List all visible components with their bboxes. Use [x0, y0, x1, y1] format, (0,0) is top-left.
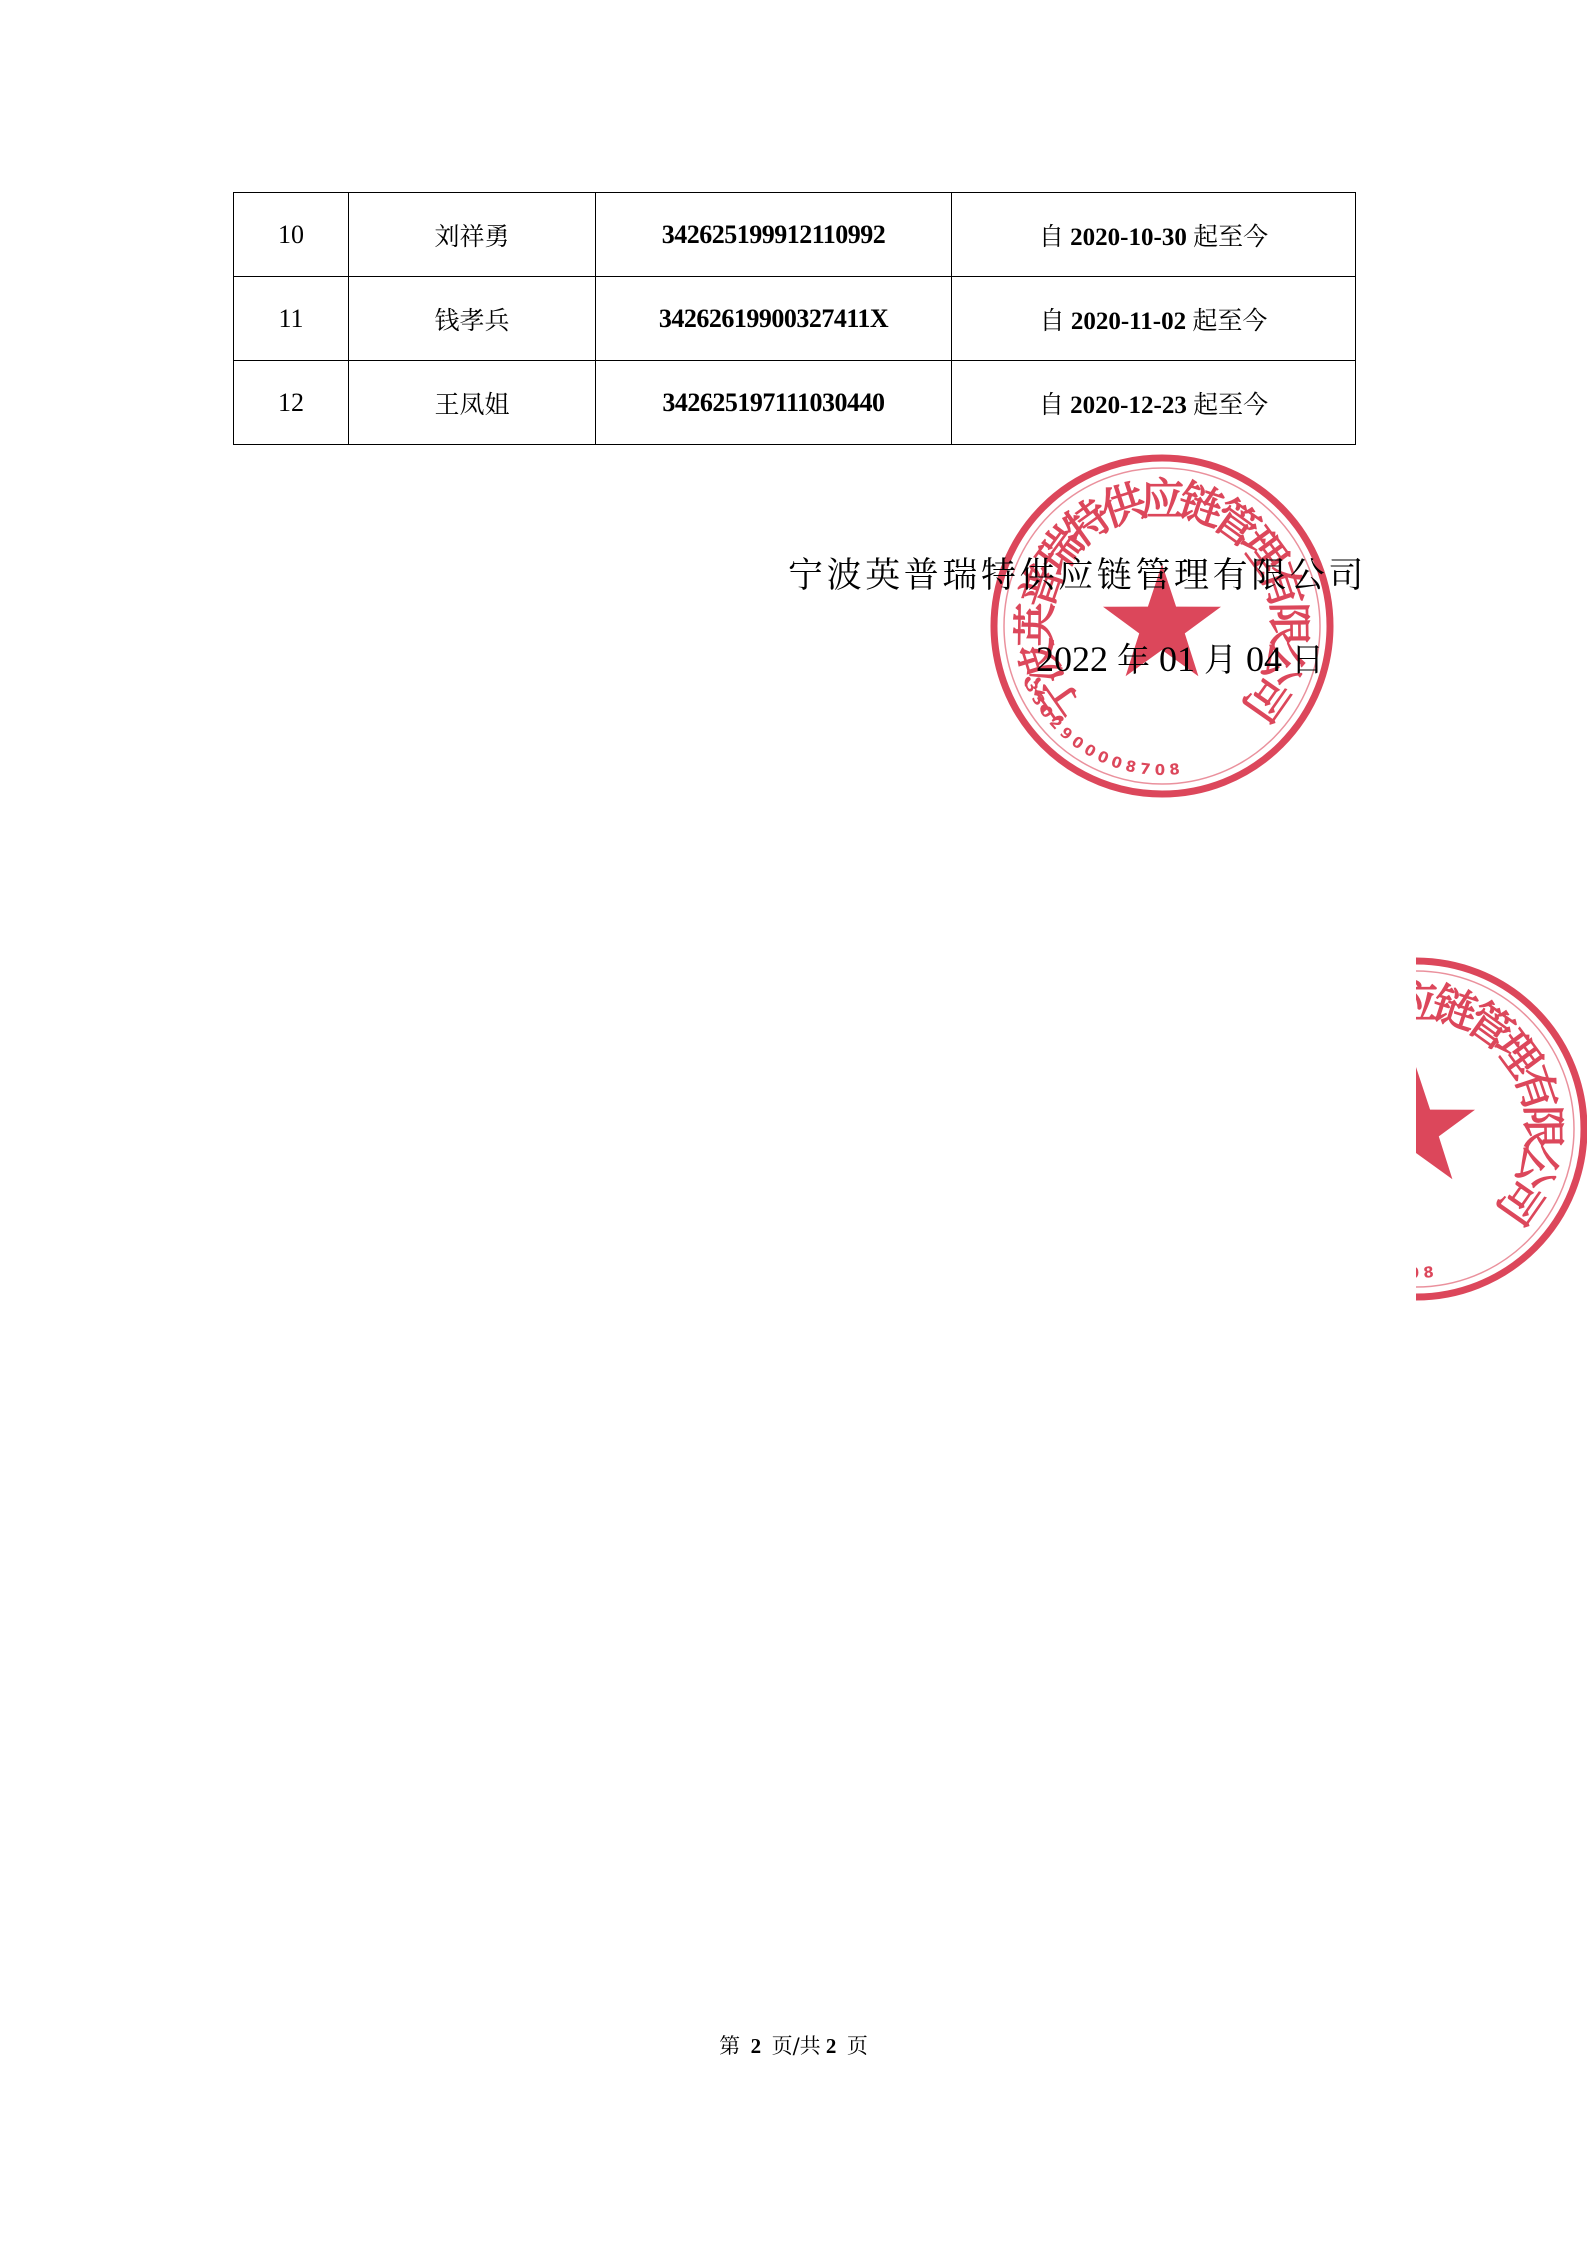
- current-page: 2: [751, 2034, 762, 2058]
- svg-text:0: 0: [1155, 761, 1166, 779]
- paging-seal: 宁波英普瑞特供应链管理有限公司3302900008708: [1416, 955, 1587, 1303]
- date-year-unit: 年: [1117, 640, 1150, 679]
- date-day-unit: 日: [1291, 640, 1324, 679]
- date-month: 01: [1159, 639, 1195, 679]
- total-pages: 2: [826, 2034, 837, 2058]
- row-number: 12: [234, 361, 349, 445]
- table-row: 11钱孝兵34262619900327411X自 2020-11-02 起至今: [234, 277, 1356, 361]
- svg-text:0: 0: [1109, 753, 1125, 773]
- footer-suffix: 页: [847, 2034, 868, 2058]
- date-day: 04: [1246, 639, 1282, 679]
- employee-table: 10刘祥勇342625199912110992自 2020-10-30 起至今1…: [233, 192, 1356, 445]
- footer-prefix: 第: [719, 2034, 740, 2058]
- svg-text:0: 0: [1095, 747, 1112, 768]
- star-icon: [1416, 1067, 1475, 1179]
- svg-text:8: 8: [1124, 757, 1138, 777]
- id-number: 342625197111030440: [596, 361, 952, 445]
- id-number: 34262619900327411X: [596, 277, 952, 361]
- period-suffix: 起至今: [1193, 390, 1268, 419]
- svg-text:0: 0: [1416, 1264, 1419, 1282]
- row-number: 10: [234, 193, 349, 277]
- id-number: 342625199912110992: [596, 193, 952, 277]
- employee-name: 王凤姐: [349, 361, 596, 445]
- svg-text:8: 8: [1423, 1263, 1435, 1282]
- date-month-unit: 月: [1204, 640, 1237, 679]
- svg-text:7: 7: [1139, 759, 1151, 778]
- period-date: 2020-12-23: [1070, 392, 1187, 419]
- page-footer: 第 2 页/共 2 页: [0, 2030, 1587, 2060]
- period-prefix: 自: [1039, 222, 1064, 251]
- period-prefix: 自: [1040, 306, 1065, 335]
- footer-mid: 页/共: [772, 2034, 821, 2058]
- employment-period: 自 2020-11-02 起至今: [952, 277, 1356, 361]
- employment-period: 自 2020-10-30 起至今: [952, 193, 1356, 277]
- table-row: 10刘祥勇342625199912110992自 2020-10-30 起至今: [234, 193, 1356, 277]
- date-year: 2022: [1036, 639, 1108, 679]
- period-suffix: 起至今: [1193, 222, 1268, 251]
- period-suffix: 起至今: [1192, 306, 1267, 335]
- period-date: 2020-11-02: [1071, 308, 1186, 335]
- row-number: 11: [234, 277, 349, 361]
- employee-name: 钱孝兵: [349, 277, 596, 361]
- employee-name: 刘祥勇: [349, 193, 596, 277]
- period-date: 2020-10-30: [1070, 224, 1187, 251]
- employment-period: 自 2020-12-23 起至今: [952, 361, 1356, 445]
- period-prefix: 自: [1039, 390, 1064, 419]
- signature-date: 2022 年 01 月 04 日: [1036, 634, 1324, 681]
- table-row: 12王凤姐342625197111030440自 2020-12-23 起至今: [234, 361, 1356, 445]
- company-name: 宁波英普瑞特供应链管理有限公司: [788, 548, 1367, 598]
- svg-text:8: 8: [1169, 760, 1181, 779]
- company-seal: 宁波英普瑞特供应链管理有限公司3302900008708: [988, 452, 1336, 800]
